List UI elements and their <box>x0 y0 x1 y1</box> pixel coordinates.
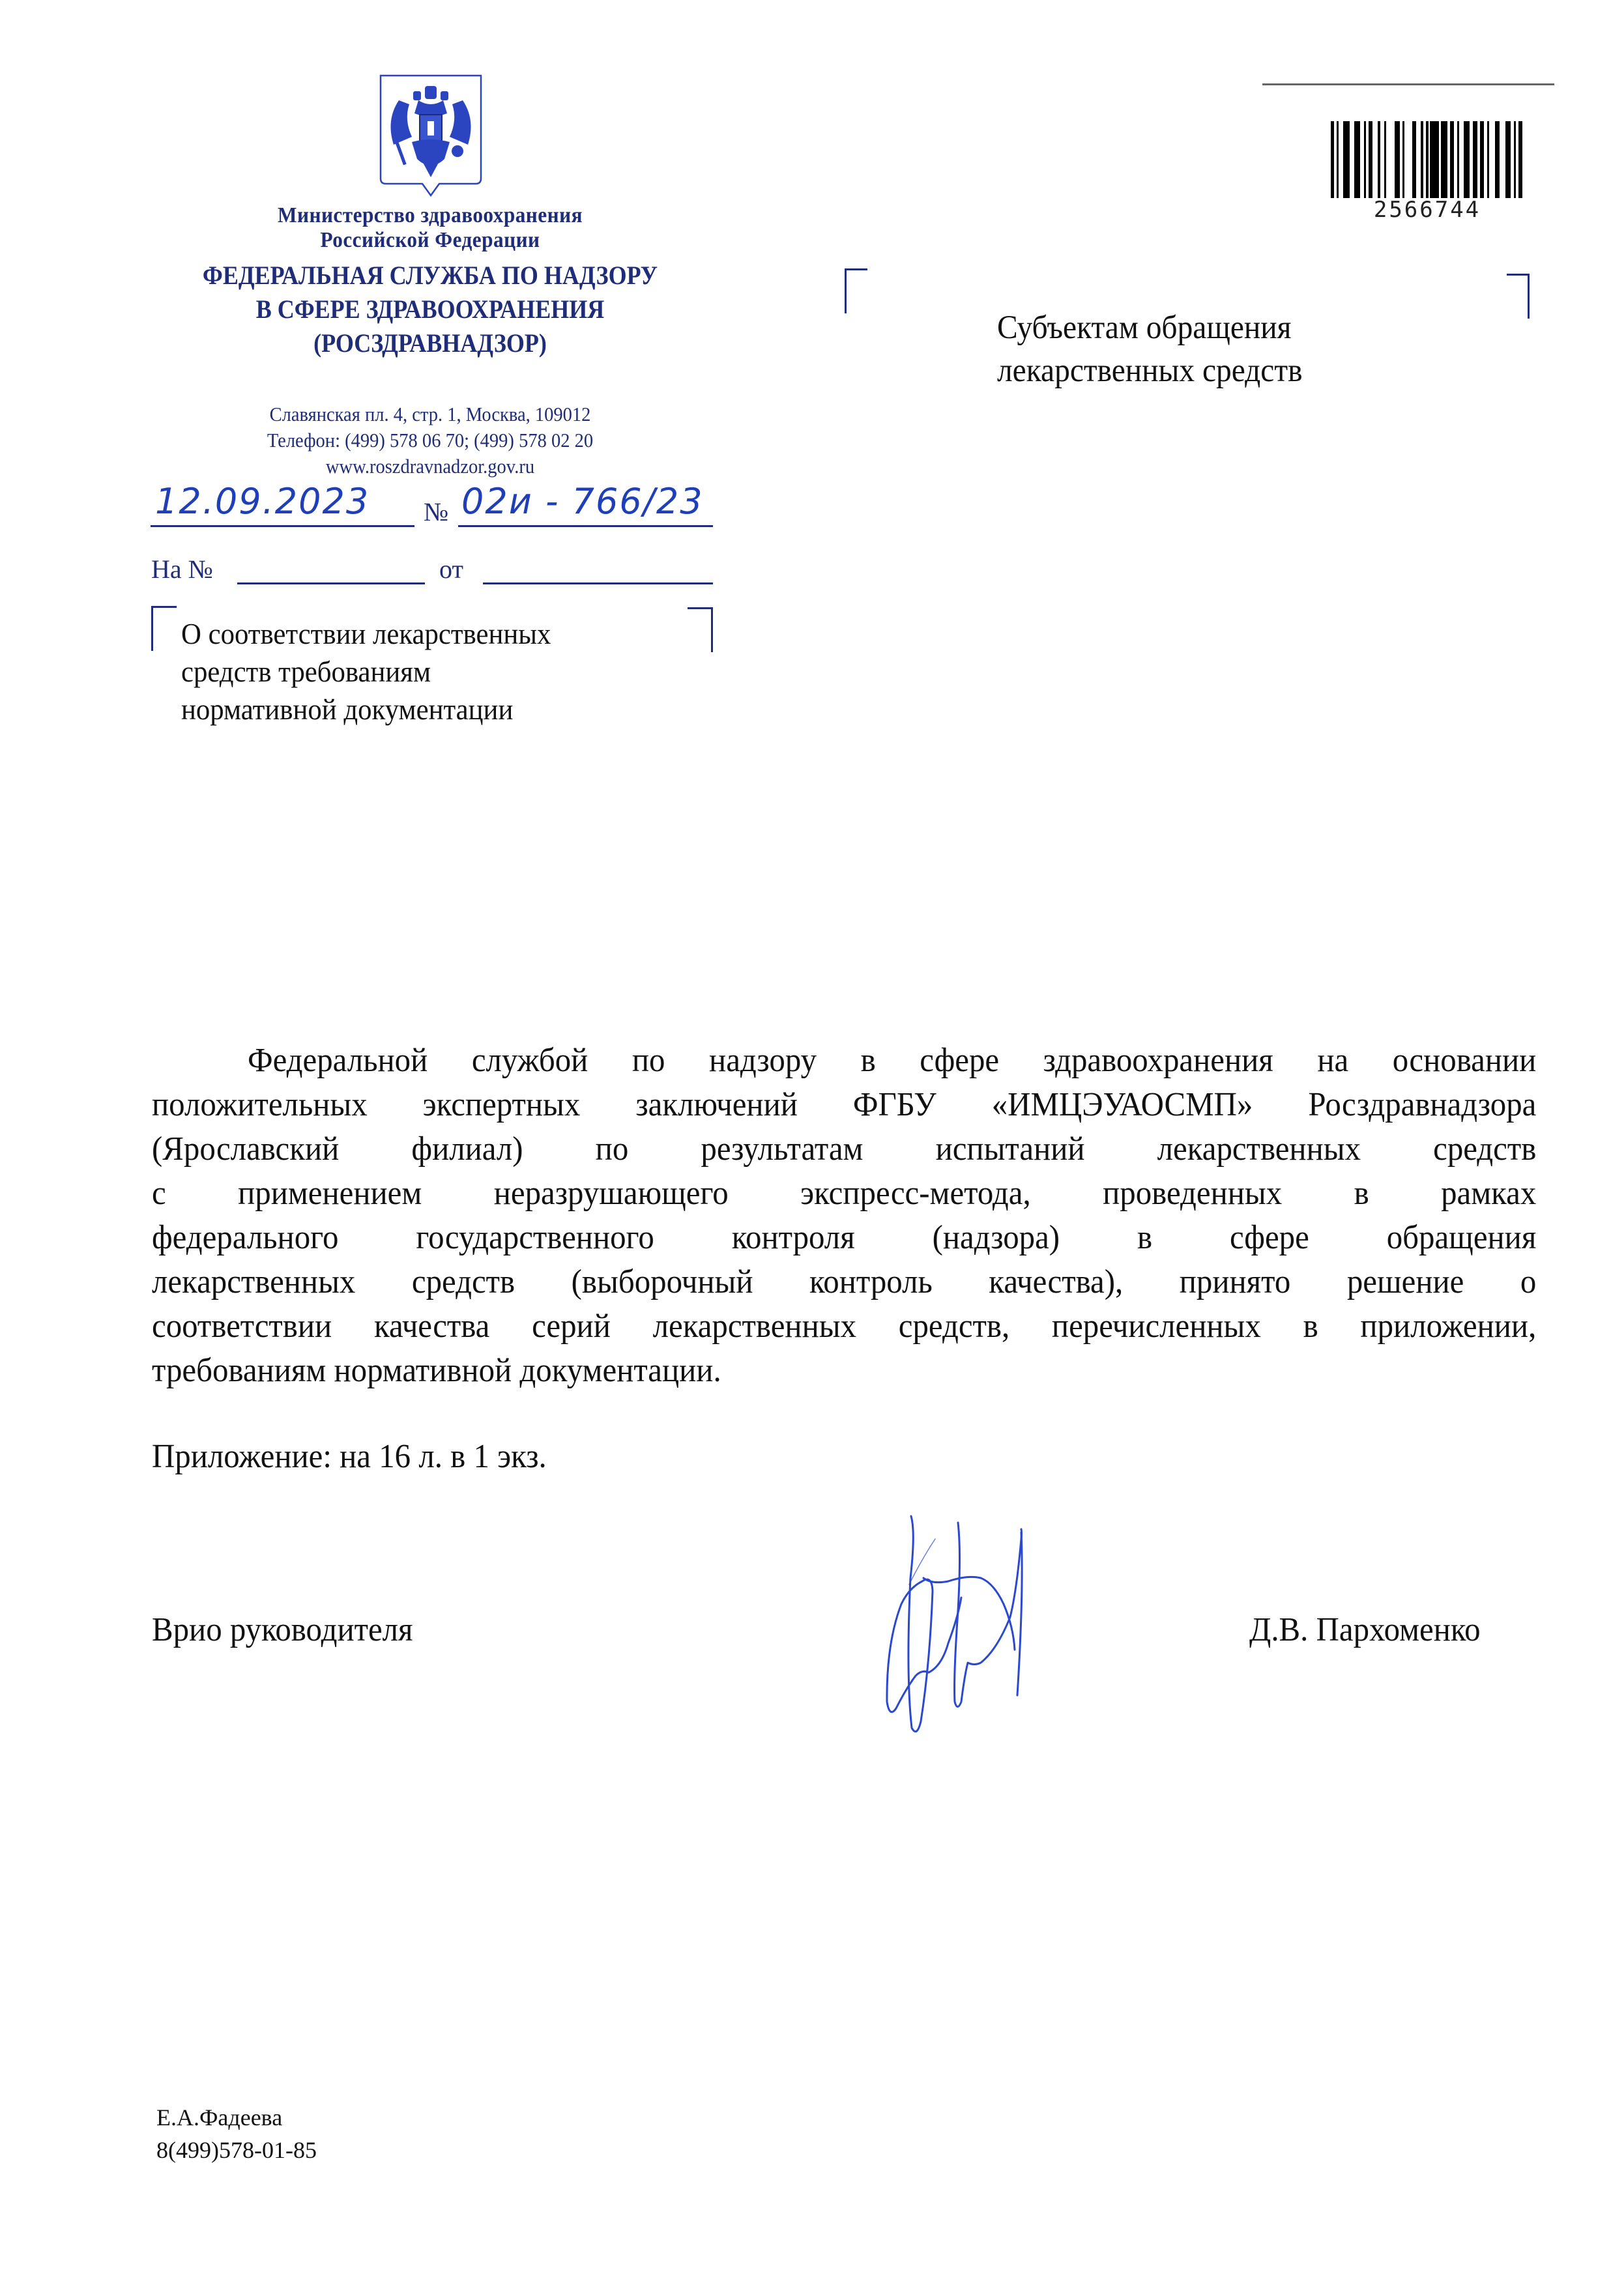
number-underline <box>458 525 713 527</box>
service-name-line1: ФЕДЕРАЛЬНАЯ СЛУЖБА ПО НАДЗОРУ <box>160 259 700 292</box>
ministry-name-line2: Российской Федерации <box>190 228 670 253</box>
service-name-line3: (РОСЗДРАВНАДЗОР) <box>160 327 700 360</box>
handwritten-signature-icon <box>870 1513 1059 1738</box>
barcode-icon <box>1331 121 1525 198</box>
recipient-line2: лекарственных средств <box>997 349 1302 392</box>
barcode-number: 2566744 <box>1329 197 1525 223</box>
ministry-name-line1: Министерство здравоохранения <box>190 203 670 228</box>
signatory-name: Д.В. Пархоменко <box>1249 1611 1481 1649</box>
body-paragraph-line: требованиям нормативной документации. <box>152 1349 1536 1393</box>
russian-coat-of-arms-icon <box>379 74 482 197</box>
service-address: Славянская пл. 4, стр. 1, Москва, 109012 <box>190 401 670 427</box>
recipient-bracket-left <box>845 268 867 313</box>
reply-to-label: На № <box>151 554 213 584</box>
recipient-line1: Субъектам обращения <box>997 306 1292 349</box>
body-paragraph-line: положительных экспертных заключений ФГБУ… <box>152 1083 1536 1127</box>
reply-to-field <box>237 582 425 584</box>
subject-line1: О соответствии лекарственных <box>181 615 551 653</box>
service-name-line2: В СФЕРЕ ЗДРАВООХРАНЕНИЯ <box>160 293 700 326</box>
date-underline <box>151 525 414 527</box>
barcode-top-rule <box>1262 83 1554 85</box>
signatory-position: Врио руководителя <box>152 1611 413 1649</box>
from-label: от <box>439 554 463 584</box>
body-paragraph-line: лекарственных средств (выборочный контро… <box>152 1260 1536 1304</box>
executor-name: Е.А.Фадеева <box>156 2102 282 2133</box>
subject-line3: нормативной документации <box>181 691 513 728</box>
number-sign: № <box>424 496 448 527</box>
body-paragraph-line: федерального государственного контроля (… <box>152 1216 1536 1260</box>
service-website: www.roszdravnadzor.gov.ru <box>190 453 670 480</box>
subject-bracket-left <box>151 606 177 651</box>
attachment-note: Приложение: на 16 л. в 1 экз. <box>152 1437 547 1476</box>
body-paragraph-line: (Ярославский филиал) по результатам испы… <box>152 1127 1536 1171</box>
executor-phone: 8(499)578-01-85 <box>156 2134 317 2166</box>
subject-bracket-right <box>688 607 713 652</box>
body-paragraph-line: с применением неразрушающего экспресс-ме… <box>152 1171 1536 1216</box>
service-phone: Телефон: (499) 578 06 70; (499) 578 02 2… <box>190 427 670 453</box>
registration-number: 02и - 766/23 <box>461 481 704 522</box>
subject-line2: средств требованиям <box>181 653 431 691</box>
registration-date: 12.09.2023 <box>155 481 370 522</box>
from-field <box>483 582 713 584</box>
body-paragraph-line: соответствии качества серий лекарственны… <box>152 1304 1536 1349</box>
recipient-bracket-right <box>1507 274 1530 319</box>
body-paragraph-line: Федеральной службой по надзору в сфере з… <box>248 1039 1536 1083</box>
